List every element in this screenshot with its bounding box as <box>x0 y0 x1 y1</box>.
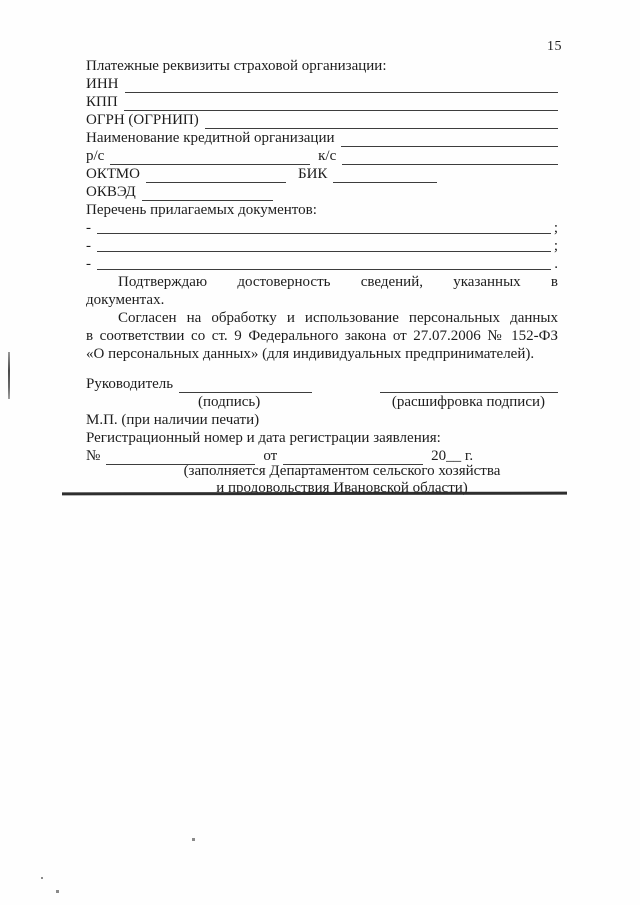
ks-label: к/с <box>318 147 336 165</box>
transcript-caption: (расшифровка подписи) <box>392 393 545 411</box>
scan-artifact-line <box>8 352 10 399</box>
confirmation-statement-line-1: Подтверждаю достоверность сведений, указ… <box>86 273 558 291</box>
signature-transcript-blank <box>380 379 558 393</box>
list-terminator: ; <box>554 237 558 255</box>
list-dash: - <box>86 219 91 237</box>
rs-label: р/с <box>86 147 104 165</box>
inn-row: ИНН <box>86 75 558 93</box>
oktmo-blank-field <box>146 169 286 183</box>
scan-speck <box>41 877 43 879</box>
attachment-blank-field-3 <box>97 256 551 270</box>
attachment-item-row: - . <box>86 255 558 273</box>
okved-label: ОКВЭД <box>86 183 136 201</box>
ogrn-blank-field <box>205 115 558 129</box>
credit-org-row: Наименование кредитной организации <box>86 129 558 147</box>
list-dash: - <box>86 255 91 273</box>
inn-label: ИНН <box>86 75 119 93</box>
form-content: Платежные реквизиты страховой организаци… <box>86 57 558 496</box>
ks-blank-field <box>342 151 558 165</box>
attachment-blank-field-1 <box>97 220 551 234</box>
confirmation-statement-line-2: документах. <box>86 291 558 309</box>
head-signature-row: Руководитель <box>86 375 558 393</box>
list-terminator: . <box>554 255 558 273</box>
ogrn-row: ОГРН (ОГРНИП) <box>86 111 558 129</box>
list-terminator: ; <box>554 219 558 237</box>
head-label: Руководитель <box>86 375 173 393</box>
bik-label: БИК <box>298 165 327 183</box>
registration-heading: Регистрационный номер и дата регистрации… <box>86 429 558 447</box>
scan-speck <box>56 890 59 893</box>
consent-statement-line-2: в соответствии со ст. 9 Федерального зак… <box>86 327 558 345</box>
credit-org-blank-field <box>341 133 559 147</box>
okved-row: ОКВЭД <box>86 183 558 201</box>
list-dash: - <box>86 237 91 255</box>
bik-blank-field <box>333 169 437 183</box>
okved-blank-field <box>142 187 273 201</box>
accounts-row: р/с к/с <box>86 147 558 165</box>
credit-org-label: Наименование кредитной организации <box>86 129 335 147</box>
document-page: 15 Платежные реквизиты страховой организ… <box>0 0 640 905</box>
stamp-note: М.П. (при наличии печати) <box>86 411 558 429</box>
page-number: 15 <box>547 39 562 55</box>
requisites-heading: Платежные реквизиты страховой организаци… <box>86 57 558 75</box>
attachments-heading: Перечень прилагаемых документов: <box>86 201 558 219</box>
sign-caption: (подпись) <box>198 393 260 411</box>
consent-statement-line-3: «О персональных данных» (для индивидуаль… <box>86 345 558 363</box>
signature-captions-row: (подпись) (расшифровка подписи) <box>86 393 558 411</box>
attachment-item-row: - ; <box>86 219 558 237</box>
kpp-label: КПП <box>86 93 118 111</box>
number-sign: № <box>86 447 100 465</box>
kpp-blank-field <box>124 97 558 111</box>
rs-blank-field <box>110 151 310 165</box>
oktmo-bik-row: ОКТМО БИК <box>86 165 558 183</box>
scan-speck <box>192 838 195 841</box>
attachment-blank-field-2 <box>97 238 551 252</box>
inn-blank-field <box>125 79 559 93</box>
consent-statement-line-1: Согласен на обработку и использование пе… <box>86 309 558 327</box>
head-signature-blank <box>179 379 312 393</box>
ogrn-label: ОГРН (ОГРНИП) <box>86 111 199 129</box>
oktmo-label: ОКТМО <box>86 165 140 183</box>
kpp-row: КПП <box>86 93 558 111</box>
filled-by-line-1: (заполняется Департаментом сельского хоз… <box>126 463 558 480</box>
attachment-item-row: - ; <box>86 237 558 255</box>
